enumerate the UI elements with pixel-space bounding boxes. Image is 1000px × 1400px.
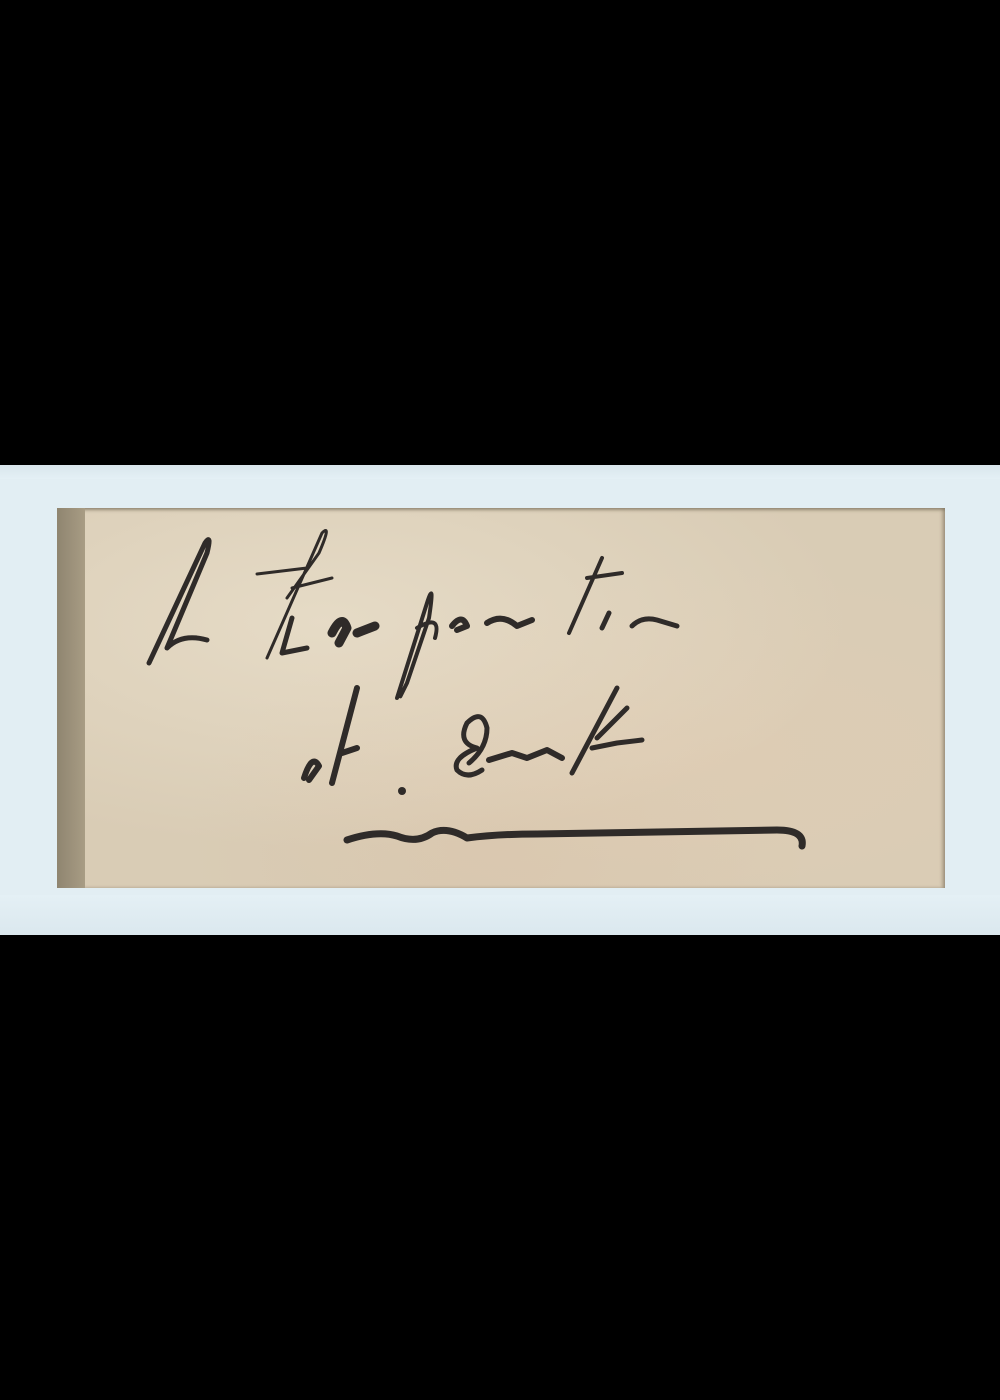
signature-clipping: R. Carpenter of Exeter <box>57 508 945 888</box>
handwritten-signature <box>57 508 945 888</box>
